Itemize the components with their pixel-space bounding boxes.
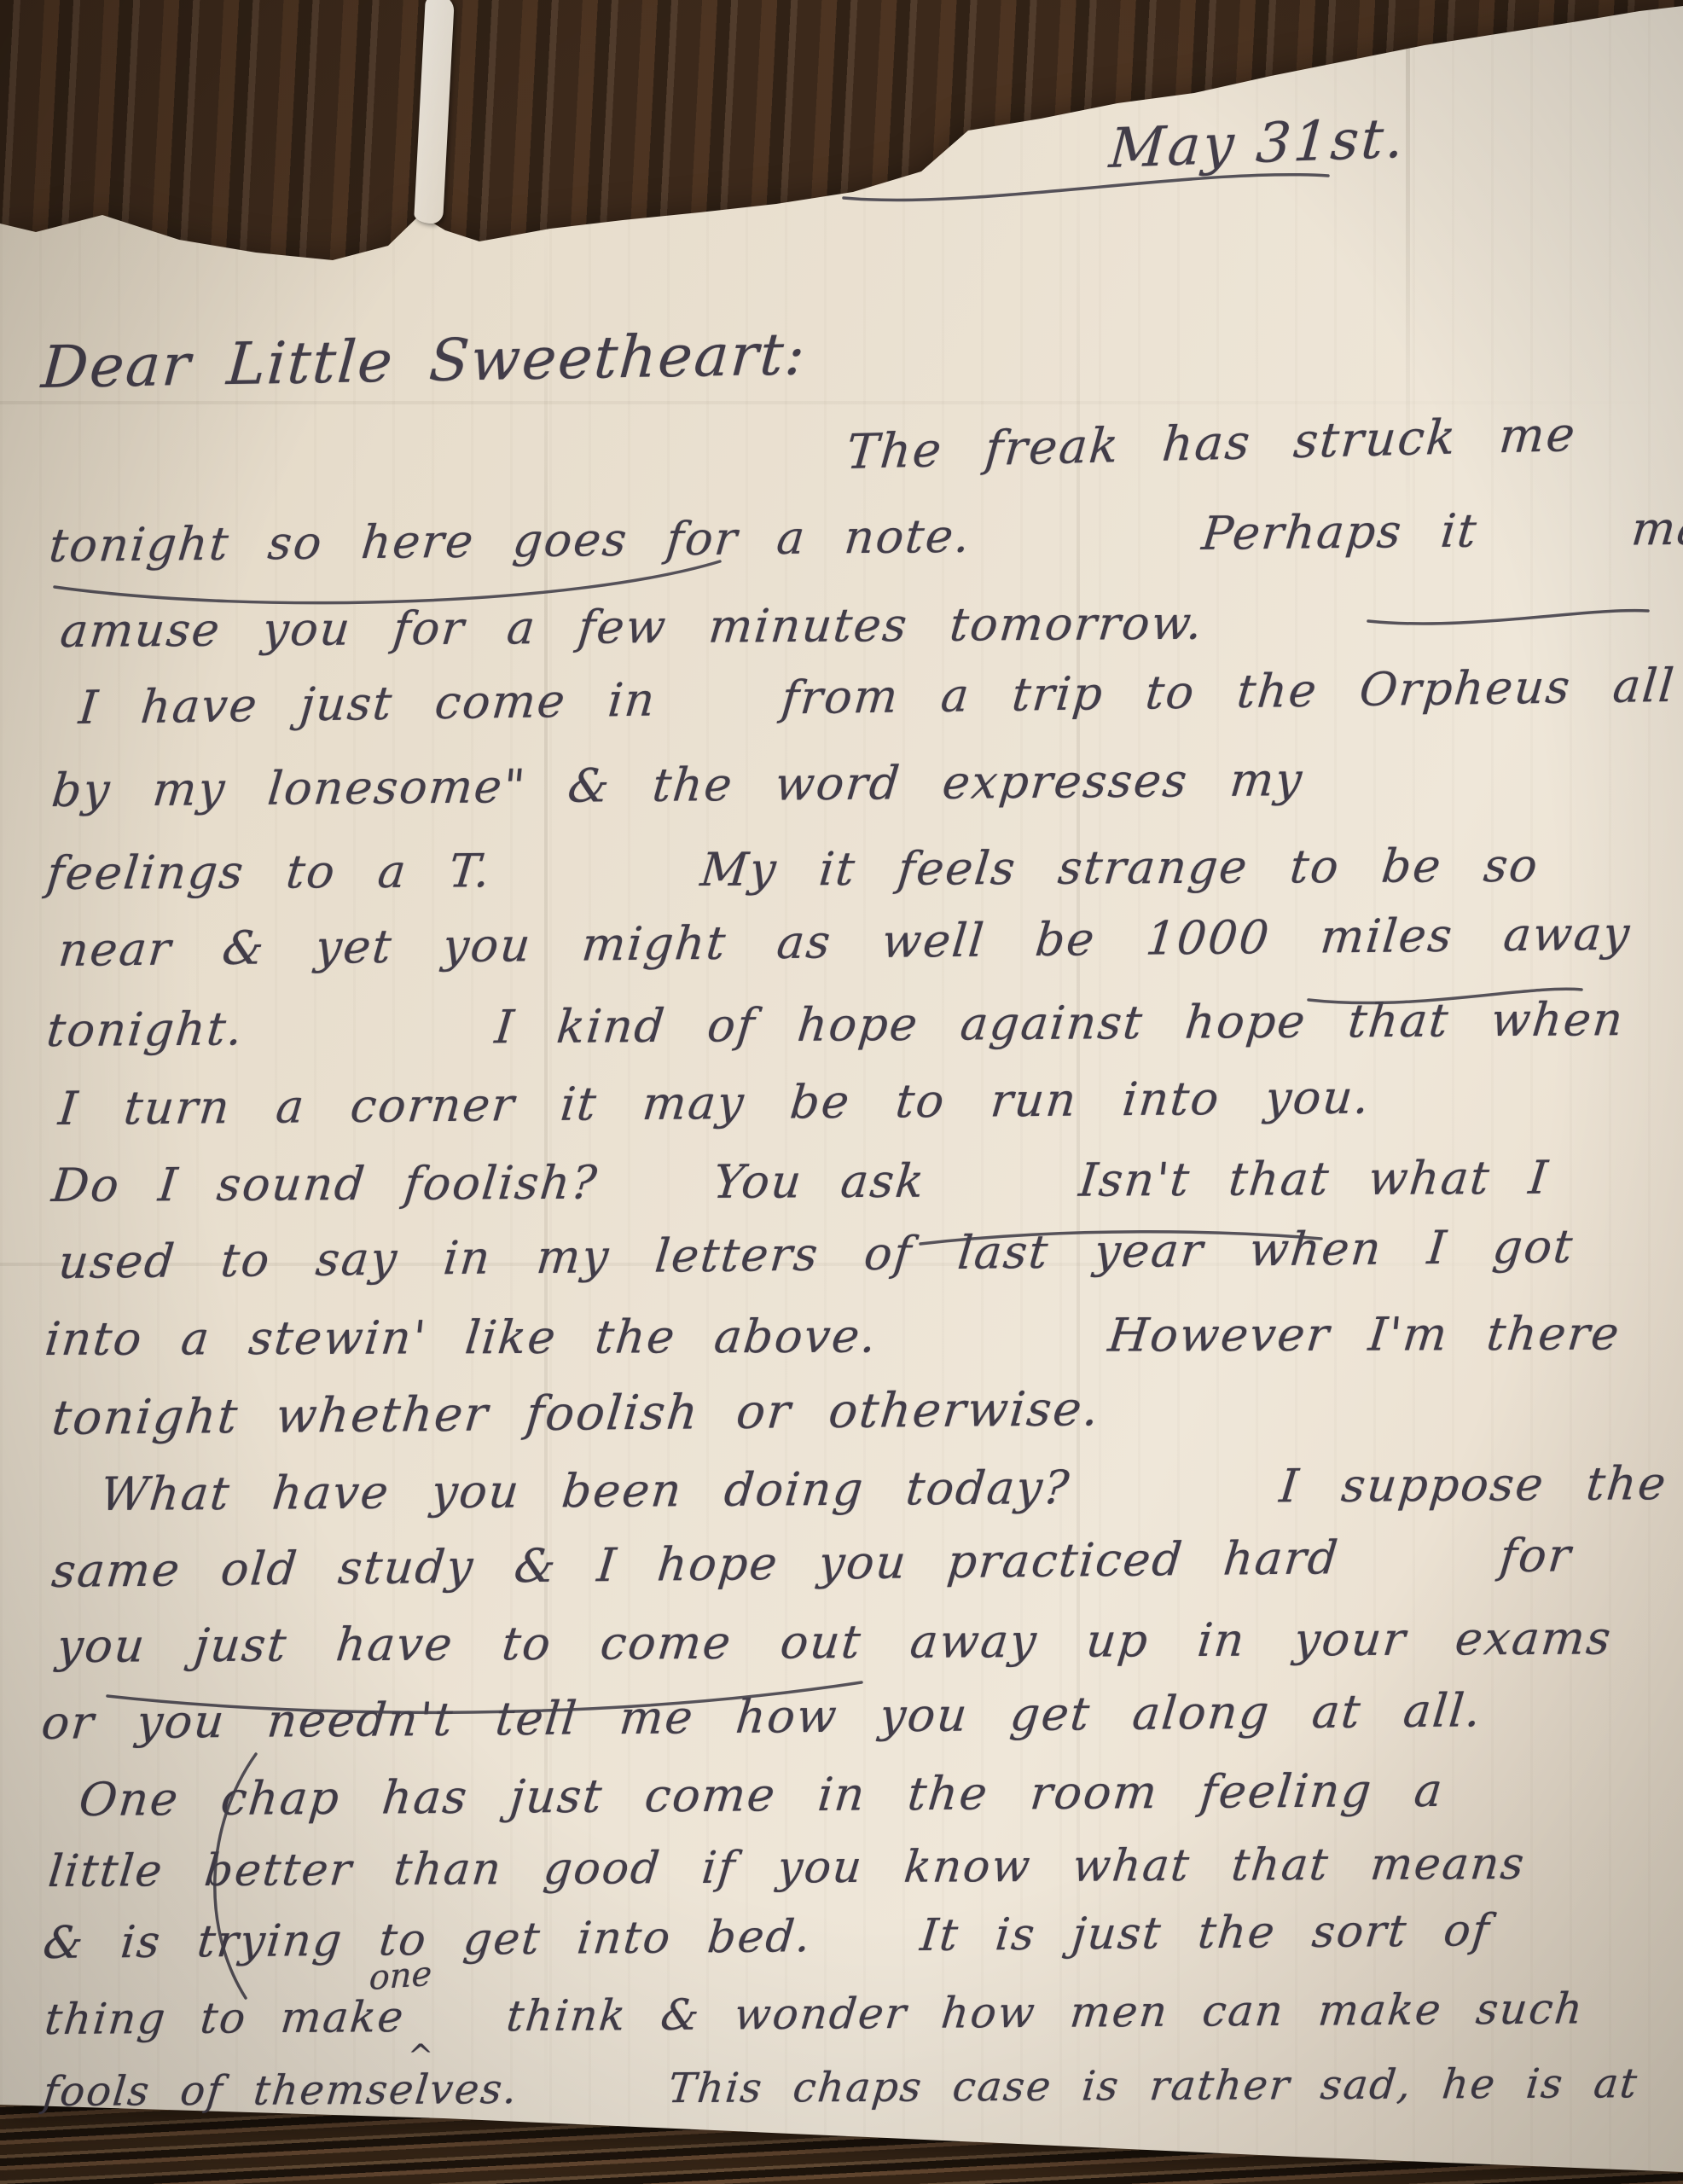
handwritten-line-7: near & yet you might as well be 1000 mil…: [56, 907, 1634, 977]
handwritten-line-2: tonight so here goes for a note. Perhaps…: [47, 501, 1683, 572]
may-underline-flourish: [1365, 592, 1655, 635]
handwritten-line-15: same old study & I hope you practiced ha…: [49, 1528, 1575, 1598]
handwritten-line-16: you just have to come out away up in you…: [55, 1611, 1615, 1673]
handwritten-line-14: What have you been doing today? I suppos…: [98, 1456, 1669, 1521]
handwritten-line-21: thing to make think & wonder how men can…: [43, 1984, 1587, 2044]
handwritten-line-13: tonight whether foolish or otherwise.: [49, 1381, 1103, 1446]
handwritten-line-8: tonight. I kind of hope against hope tha…: [44, 992, 1627, 1057]
handwritten-line-4: I have just come in from a trip to the O…: [77, 659, 1678, 735]
photo-of-handwritten-letter: { "letter": { "date": "May 31st.", "salu…: [0, 0, 1683, 2184]
handwritten-line-3: amuse you for a few minutes tomorrow.: [58, 596, 1206, 658]
inserted-word: one: [369, 1955, 432, 1998]
handwritten-line-19: little better than good if you know what…: [46, 1838, 1528, 1897]
handwritten-line-18: One chap has just come in the room feeli…: [77, 1763, 1446, 1827]
date-line: May 31st.: [1107, 107, 1408, 181]
handwritten-line-1: The freak has struck me: [844, 407, 1579, 480]
handwritten-line-10: Do I sound foolish? You ask Isn't that w…: [49, 1151, 1552, 1212]
salutation: Dear Little Sweetheart:: [39, 321, 809, 402]
handwritten-line-22: fools of themselves. This chaps case is …: [41, 2059, 1640, 2116]
handwritten-line-17: or you needn't tell me how you get along…: [39, 1683, 1484, 1750]
handwritten-line-5: by my lonesome" & the word expresses my: [49, 752, 1306, 817]
handwritten-line-20: & is trying to get into bed. It is just …: [41, 1905, 1493, 1969]
handwriting-layer: May 31st. Dear Little Sweetheart: The fr…: [0, 0, 1683, 2184]
handwritten-line-9: I turn a corner it may be to run into yo…: [56, 1071, 1373, 1136]
handwritten-line-11: used to say in my letters of last year w…: [56, 1219, 1576, 1289]
insertion-caret: ^: [408, 2039, 433, 2074]
handwritten-line-12: into a stewin' like the above. However I…: [43, 1307, 1623, 1366]
handwritten-line-6: feelings to a T. My it feels strange to …: [44, 839, 1541, 900]
